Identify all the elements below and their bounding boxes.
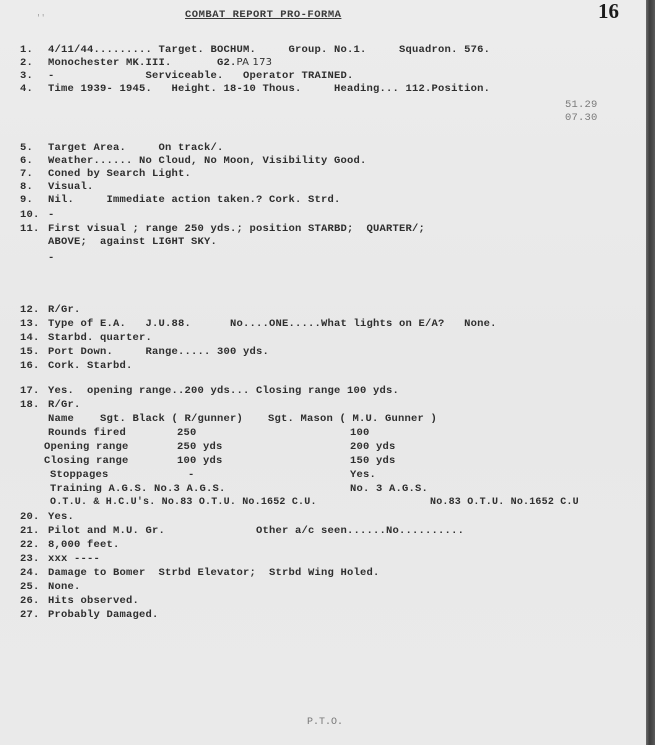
item-14: 14.Starbd. quarter. [20,332,152,344]
document-page [0,0,646,745]
item-26: 26.Hits observed. [20,595,139,607]
document-title: COMBAT REPORT PRO-FORMA [185,9,341,21]
gunner-1-opening: 250 yds [177,441,223,453]
gunner-2-otu: No.83 O.T.U. No.1652 C.U [430,497,579,508]
item-25: 25.None. [20,581,81,593]
item-16: 16.Cork. Starbd. [20,360,133,372]
gunner-1-stoppages: - [188,469,195,481]
item-23: 23.xxx ---- [20,553,100,565]
item-1: 1.4/11/44......... Target. BOCHUM. Group… [20,44,490,56]
gunner-2-opening: 200 yds [350,441,396,453]
gunner-1-rounds: 250 [177,427,197,439]
gunner-row-opening: Opening range [44,441,129,453]
item-22: 22.8,000 feet. [20,539,120,551]
item-4: 4.Time 1939- 1945. Height. 18-10 Thous. … [20,83,490,95]
page-edge-shadow [646,0,655,745]
gunner-2-rounds: 100 [350,427,370,439]
item-11-dash: - [48,252,55,264]
item-27: 27.Probably Damaged. [20,609,159,621]
position-long: 07.30 [565,112,598,124]
item-24: 24.Damage to Bomer Strbd Elevator; Strbd… [20,567,380,579]
gunner-2-name: Sgt. Mason ( M.U. Gunner ) [268,413,437,425]
item-8: 8.Visual. [20,181,94,193]
gunner-row-name: Name [48,413,74,425]
item-9: 9.Nil. Immediate action taken.? Cork. St… [20,194,341,206]
item-18: 18.R/Gr. [20,399,81,411]
item-5: 5.Target Area. On track/. [20,142,224,154]
gunner-row-otu: O.T.U. & H.C.U's. No.83 O.T.U. No.1652 C… [50,497,317,508]
item-11-continued: ABOVE; against LIGHT SKY. [48,236,217,248]
page-number: 16 [598,0,619,24]
gunner-row-closing: Closing range [44,455,129,467]
item-6: 6.Weather...... No Cloud, No Moon, Visib… [20,155,367,167]
gunner-row-stoppages: Stoppages [50,469,109,481]
item-13: 13.Type of E.A. J.U.88. No....ONE.....Wh… [20,318,497,330]
item-17: 17.Yes. opening range..200 yds... Closin… [20,385,399,397]
page-footer-pto: P.T.O. [307,717,343,728]
item-11: 11.First visual ; range 250 yds.; positi… [20,223,425,235]
item-21: 21.Pilot and M.U. Gr. Other a/c seen....… [20,525,464,537]
item-10: 10.- [20,209,55,221]
gunner-row-training: Training A.G.S. No.3 A.G.S. [50,483,226,495]
gunner-2-stoppages: Yes. [350,469,376,481]
item-2: 2.Monochester MK.III. G2.PA 173 [20,57,272,69]
gunner-1-closing: 100 yds [177,455,223,467]
item-15: 15.Port Down. Range..... 300 yds. [20,346,269,358]
gunner-row-rounds: Rounds fired [48,427,126,439]
stray-mark: '' [36,14,46,23]
item-12: 12.R/Gr. [20,304,81,316]
gunner-1-name: Sgt. Black ( R/gunner) [100,413,243,425]
item-7: 7.Coned by Search Light. [20,168,191,180]
position-lat: 51.29 [565,99,598,111]
gunner-2-closing: 150 yds [350,455,396,467]
item-20: 20.Yes. [20,511,74,523]
gunner-2-training: No. 3 A.G.S. [350,483,428,495]
item-3: 3.- Serviceable. Operator TRAINED. [20,70,354,82]
handwritten-annotation: PA 173 [237,57,273,68]
